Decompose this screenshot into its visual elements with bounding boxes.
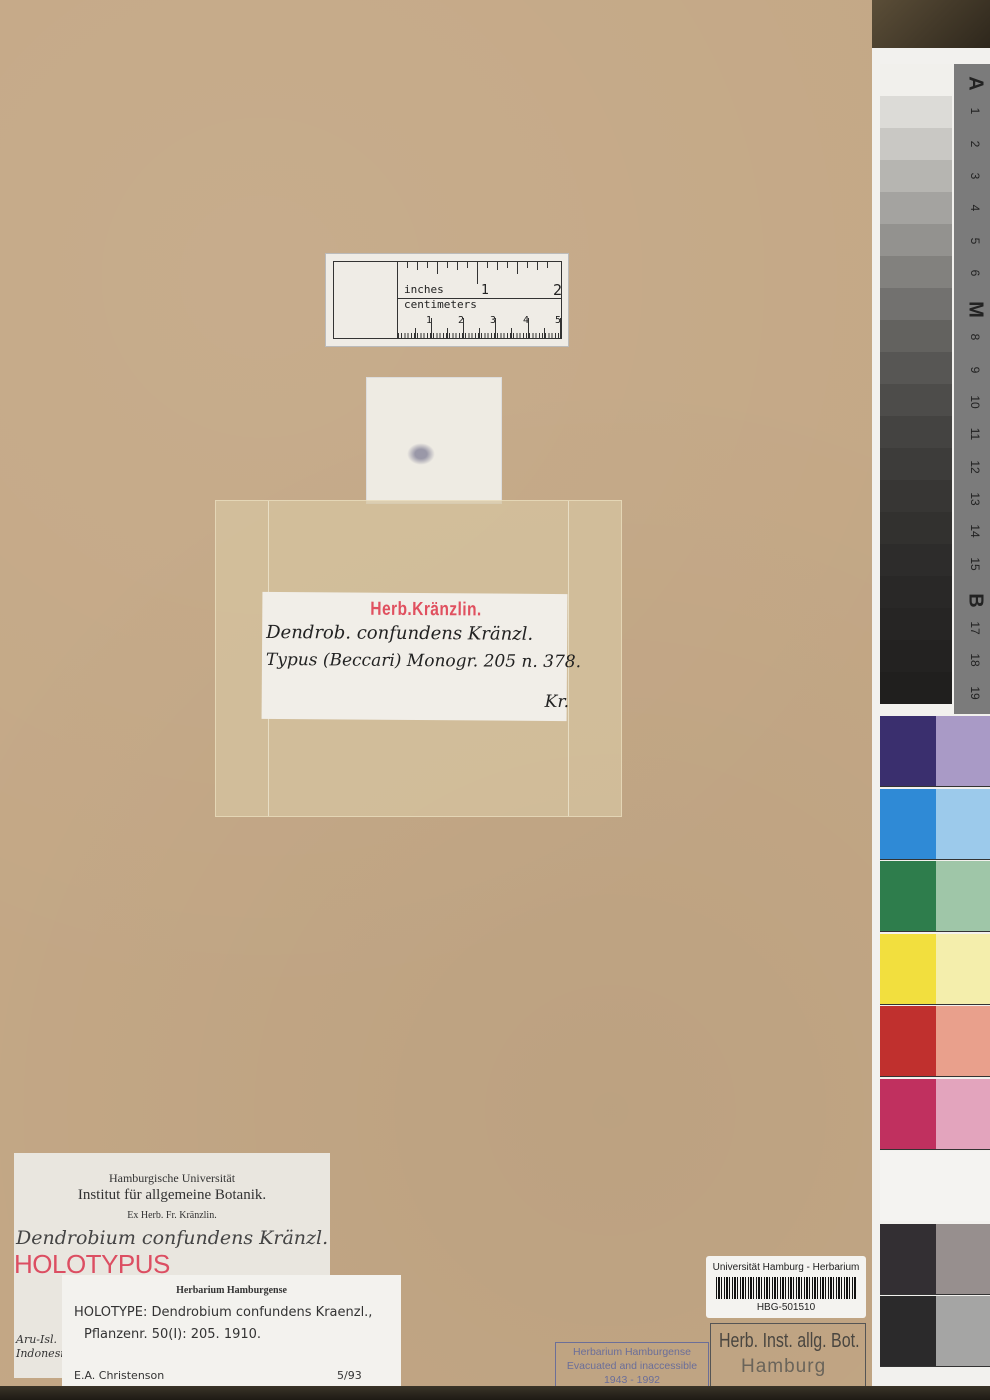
gray-patch <box>880 256 952 288</box>
gray-label: 8 <box>968 322 982 352</box>
determination-initial: Kr. <box>545 692 570 712</box>
gray-patch <box>880 480 952 512</box>
inch-mark-2: 2 <box>553 281 562 299</box>
gray-label: 4 <box>968 193 982 223</box>
gray-patch <box>880 288 952 320</box>
gray-patch <box>880 64 952 96</box>
color-swatch <box>936 861 990 932</box>
barcode-label: Universität Hamburg - Herbarium HBG-5015… <box>706 1256 866 1318</box>
grayscale-strip <box>880 64 952 704</box>
gray-label: M <box>964 295 987 325</box>
specimen-fragment-paper <box>366 377 502 504</box>
institute-line-3: Ex Herb. Fr. Kränzlin. <box>14 1210 330 1221</box>
color-swatch <box>936 1079 990 1150</box>
color-calibration-chart: A123456M89101112131415B171819 <box>872 48 990 1386</box>
grayscale-labels: A123456M89101112131415B171819 <box>954 64 990 714</box>
gray-patch <box>880 608 952 640</box>
color-swatch <box>936 1006 990 1077</box>
color-swatch <box>880 789 936 860</box>
gray-label: B <box>964 585 987 615</box>
gray-label: 3 <box>968 161 982 191</box>
kraenzlin-stamp: Herb.Kränzlin. <box>370 599 482 622</box>
gray-label: 17 <box>968 613 982 643</box>
gray-label: 2 <box>968 129 982 159</box>
gray-patch <box>880 416 952 448</box>
color-swatch <box>936 1224 990 1295</box>
gray-label: 18 <box>968 645 982 675</box>
gray-patch <box>880 320 952 352</box>
determination-line-1: Dendrob. confundens Kränzl. <box>266 622 533 645</box>
gray-label: 19 <box>968 678 982 708</box>
gray-label: 11 <box>968 419 982 449</box>
herbarium-header: Herbarium Hamburgense <box>62 1285 401 1296</box>
gray-patch <box>880 192 952 224</box>
color-swatch <box>880 861 936 932</box>
holotype-line-2: Pflanzenr. 50(I): 205. 1910. <box>84 1327 261 1342</box>
gray-label: 1 <box>968 96 982 126</box>
color-swatch <box>936 1296 990 1367</box>
gray-label: 9 <box>968 355 982 385</box>
gray-label: 10 <box>968 387 982 417</box>
gray-patch <box>880 448 952 480</box>
barcode-bars <box>716 1277 856 1299</box>
gray-patch <box>880 384 952 416</box>
background-corner <box>872 0 990 48</box>
institute-line-1: Hamburgische Universität <box>14 1171 330 1186</box>
institute-stamp: Herb. Inst. allg. Bot. Hamburg <box>710 1323 866 1389</box>
determiner-name: E.A. Christenson <box>74 1369 164 1382</box>
holotype-annotation-label: Herbarium Hamburgense HOLOTYPE: Dendrobi… <box>62 1275 401 1388</box>
ruler-divider <box>397 262 398 338</box>
institute-line-2: Institut für allgemeine Botanik. <box>14 1187 330 1204</box>
institute-stamp-line-1: Herb. Inst. allg. Bot. <box>719 1330 860 1353</box>
gray-patch <box>880 224 952 256</box>
inches-label: inches <box>404 283 444 296</box>
gray-patch <box>880 160 952 192</box>
gray-patch <box>880 512 952 544</box>
gray-label: 5 <box>968 226 982 256</box>
barcode-number: HBG-501510 <box>706 1302 866 1313</box>
color-swatch <box>936 789 990 860</box>
gray-patch <box>880 640 952 672</box>
color-swatch <box>936 934 990 1005</box>
bottom-shadow <box>0 1386 990 1400</box>
gray-patch <box>880 352 952 384</box>
scale-ruler: inches centimeters 1 2 1 2 3 4 5 <box>325 253 569 347</box>
barcode-title: Universität Hamburg - Herbarium <box>706 1262 866 1273</box>
gray-patch <box>880 128 952 160</box>
determination-label: Herb.Kränzlin. Dendrob. confundens Kränz… <box>262 592 568 721</box>
institute-stamp-line-2: Hamburg <box>741 1356 826 1378</box>
color-swatch <box>880 1296 936 1367</box>
inch-mark-1: 1 <box>481 283 489 298</box>
gray-patch <box>880 544 952 576</box>
evacuation-stamp-line-1: Herbarium Hamburgense <box>556 1345 708 1359</box>
holotype-line-1: HOLOTYPE: Dendrobium confundens Kraenzl.… <box>74 1305 372 1320</box>
color-swatch <box>936 716 990 787</box>
gray-label: 6 <box>968 258 982 288</box>
color-swatch <box>880 716 936 787</box>
gray-label: 13 <box>968 484 982 514</box>
gray-patch <box>880 672 952 704</box>
determination-date: 5/93 <box>337 1369 362 1382</box>
gray-label: A <box>964 69 987 99</box>
ruler-frame: inches centimeters 1 2 1 2 3 4 5 <box>333 261 562 339</box>
centimeters-label: centimeters <box>404 298 477 311</box>
gray-patch <box>880 576 952 608</box>
evacuation-stamp-line-2: Evacuated and inaccessible <box>556 1359 708 1373</box>
evacuation-stamp: Herbarium Hamburgense Evacuated and inac… <box>555 1342 709 1390</box>
evacuation-stamp-line-3: 1943 - 1992 <box>556 1373 708 1387</box>
color-swatch <box>880 1224 936 1295</box>
color-swatch <box>880 1151 990 1221</box>
gray-patch <box>880 96 952 128</box>
locality-note-line-1: Aru-Isl. <box>16 1333 57 1346</box>
color-swatch <box>880 1079 936 1150</box>
specimen-fragment <box>407 443 435 465</box>
color-swatch <box>880 1006 936 1077</box>
gray-label: 14 <box>968 516 982 546</box>
gray-label: 15 <box>968 549 982 579</box>
gray-label: 12 <box>968 452 982 482</box>
color-swatch <box>880 934 936 1005</box>
institute-handwritten-name: Dendrobium confundens Kränzl. <box>16 1227 328 1249</box>
determination-line-2: Typus (Beccari) Monogr. 205 n. 378. <box>266 650 581 672</box>
